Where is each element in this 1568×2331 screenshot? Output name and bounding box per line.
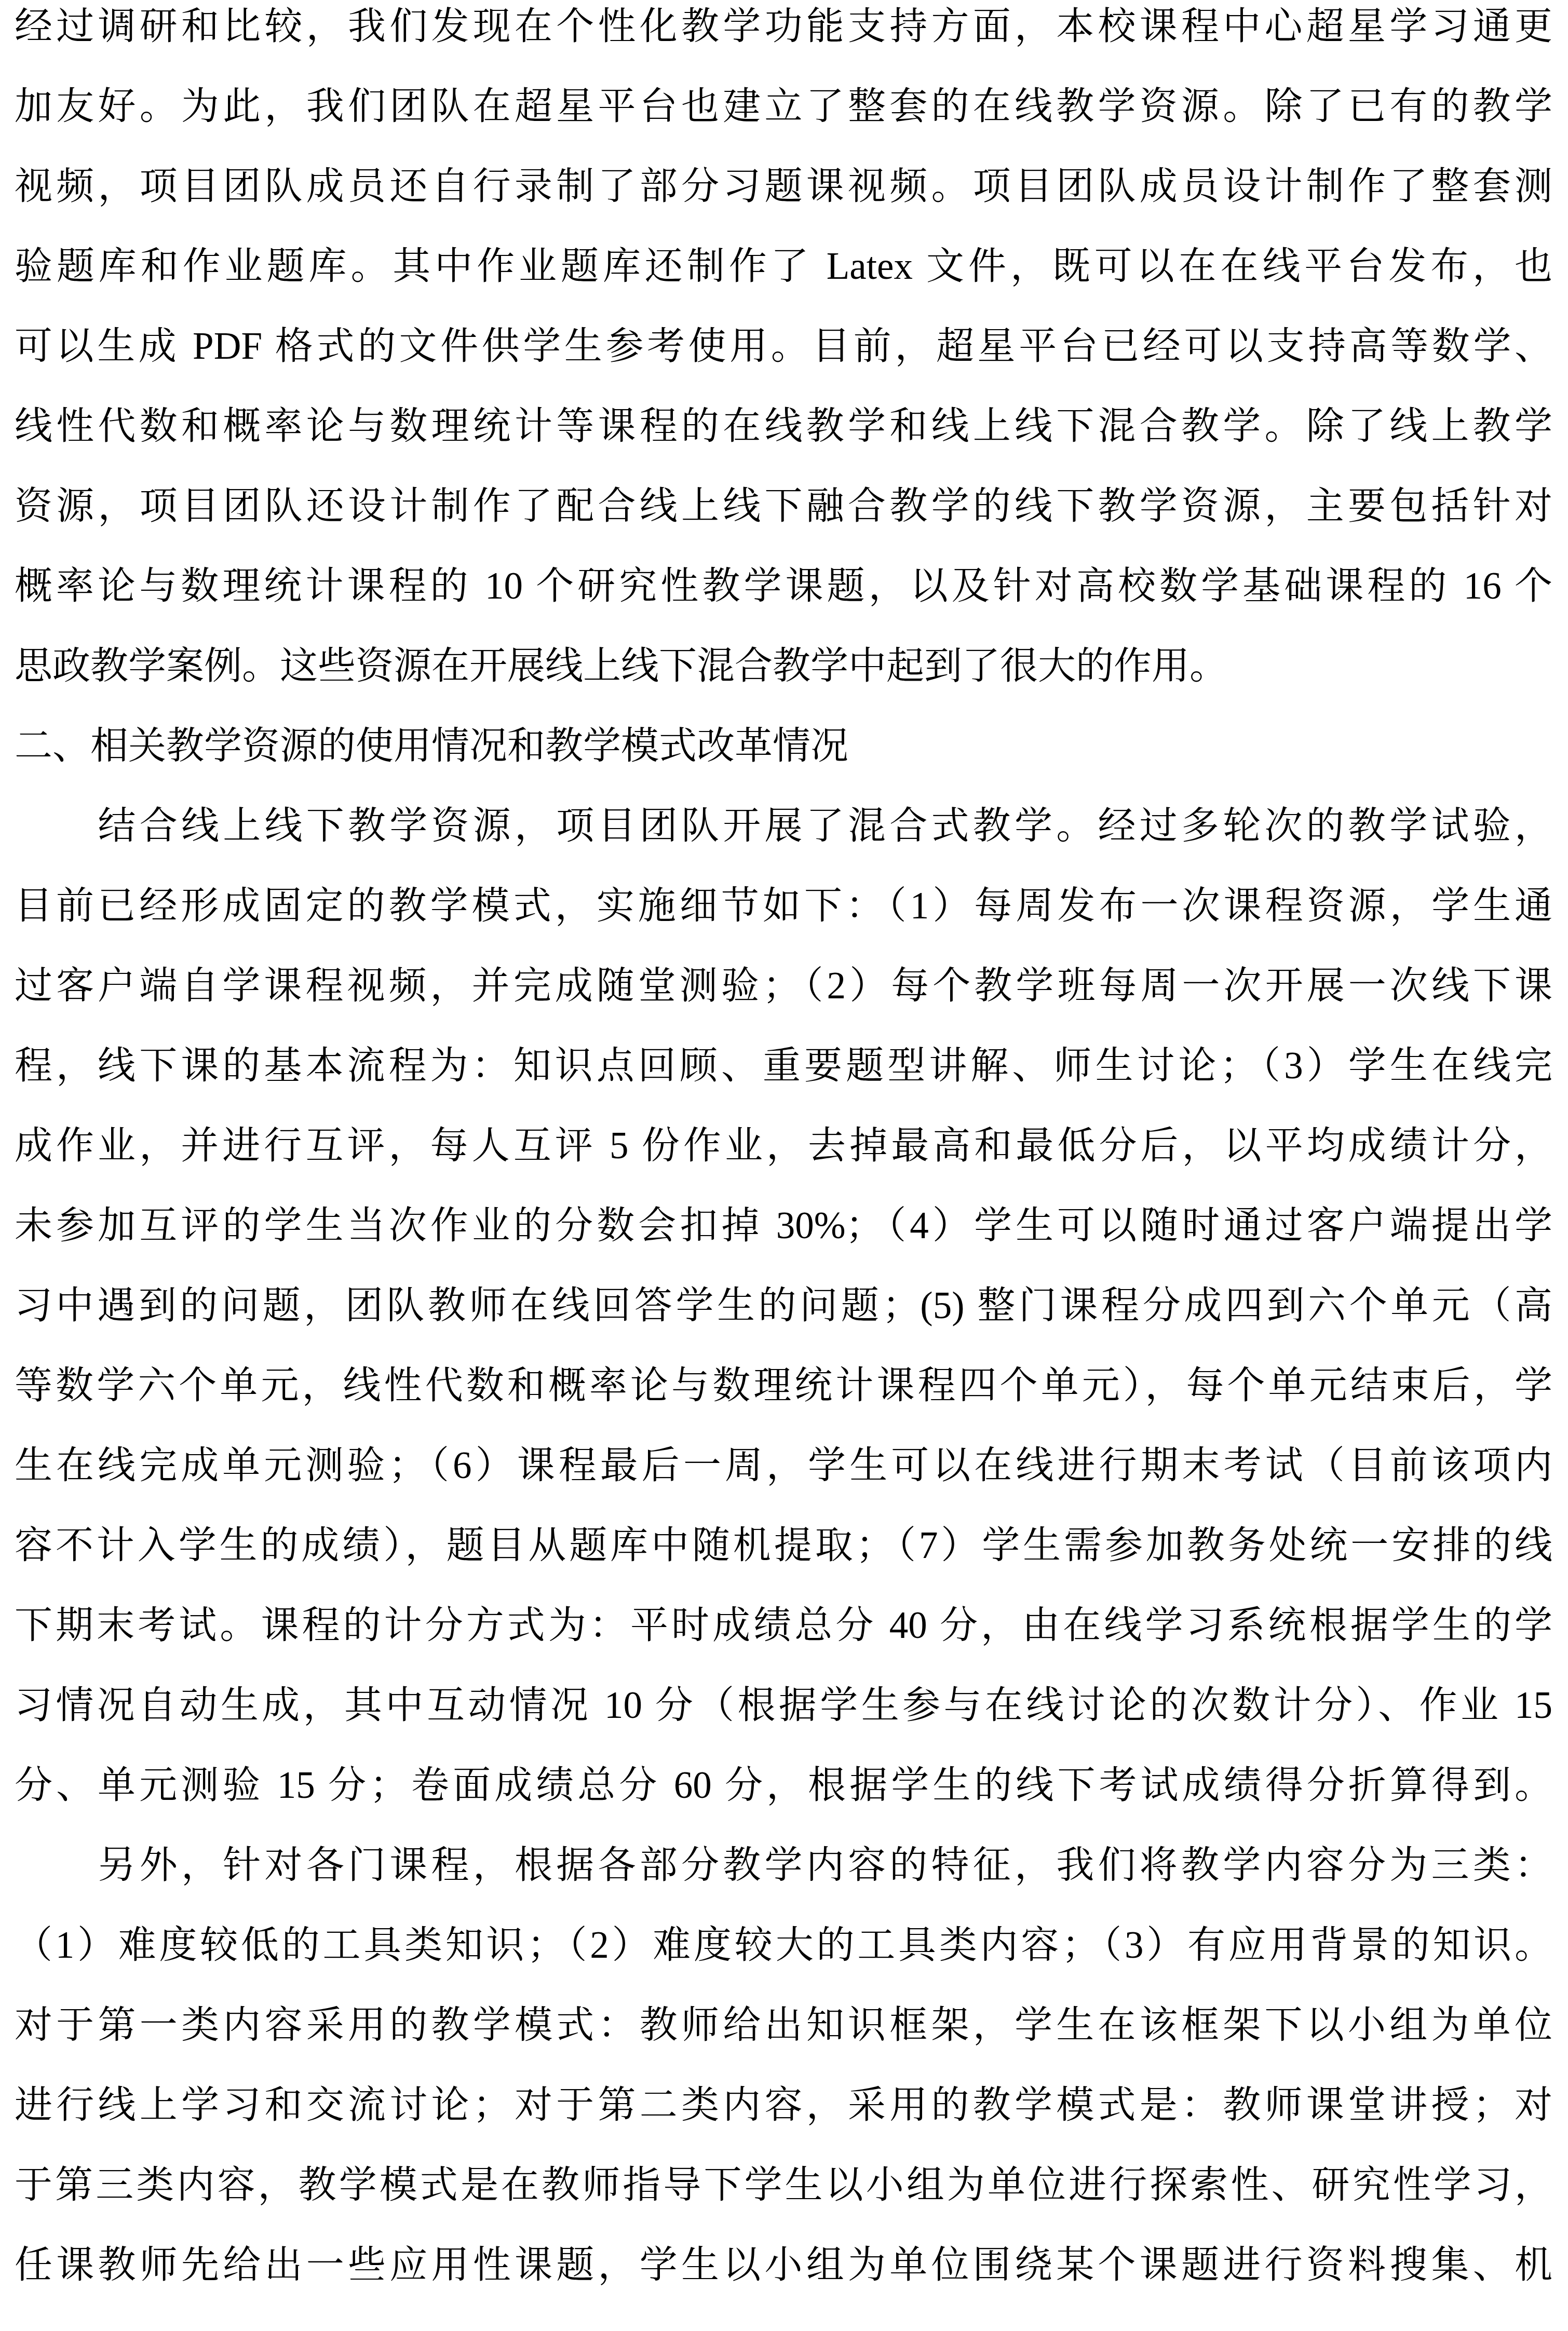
text-line: 下期末考试。课程的计分方式为：平时成绩总分 40 分，由在线学习系统根据学生的学 — [15, 1585, 1552, 1665]
text-line: 资源，项目团队还设计制作了配合线上线下融合教学的线下教学资源，主要包括针对 — [15, 466, 1552, 546]
text-line: 思政教学案例。这些资源在开展线上线下混合教学中起到了很大的作用。 — [15, 626, 1552, 706]
text-line: 目前已经形成固定的教学模式，实施细节如下：（1）每周发布一次课程资源，学生通 — [15, 866, 1552, 946]
text-line: 分、单元测验 15 分；卷面成绩总分 60 分，根据学生的线下考试成绩得分折算得… — [15, 1745, 1552, 1825]
text-line: 验题库和作业题库。其中作业题库还制作了 Latex 文件，既可以在在线平台发布，… — [15, 226, 1552, 306]
text-line: 经过调研和比较，我们发现在个性化教学功能支持方面，本校课程中心超星学习通更 — [15, 0, 1552, 66]
document-page: 经过调研和比较，我们发现在个性化教学功能支持方面，本校课程中心超星学习通更加友好… — [0, 0, 1568, 2331]
text-line: 生在线完成单元测验；（6）课程最后一周，学生可以在线进行期末考试（目前该项内 — [15, 1426, 1552, 1506]
text-line: （1）难度较低的工具类知识；（2）难度较大的工具类内容；（3）有应用背景的知识。 — [15, 1905, 1552, 1985]
text-line: 容不计入学生的成绩），题目从题库中随机提取；（7）学生需参加教务处统一安排的线 — [15, 1506, 1552, 1585]
text-line: 成作业，并进行互评，每人互评 5 份作业，去掉最高和最低分后，以平均成绩计分， — [15, 1106, 1552, 1186]
text-line: 未参加互评的学生当次作业的分数会扣掉 30%；（4）学生可以随时通过客户端提出学 — [15, 1186, 1552, 1266]
text-line: 习中遇到的问题，团队教师在线回答学生的问题；(5) 整门课程分成四到六个单元（高 — [15, 1266, 1552, 1346]
text-line: 于第三类内容，教学模式是在教师指导下学生以小组为单位进行探索性、研究性学习， — [15, 2145, 1552, 2225]
text-line: 加友好。为此，我们团队在超星平台也建立了整套的在线教学资源。除了已有的教学 — [15, 66, 1552, 146]
text-line: 过客户端自学课程视频，并完成随堂测验；（2）每个教学班每周一次开展一次线下课 — [15, 946, 1552, 1026]
text-line: 对于第一类内容采用的教学模式：教师给出知识框架，学生在该框架下以小组为单位 — [15, 1985, 1552, 2065]
section-heading: 二、相关教学资源的使用情况和教学模式改革情况 — [15, 706, 1552, 786]
text-line: 任课教师先给出一些应用性课题，学生以小组为单位围绕某个课题进行资料搜集、机 — [15, 2225, 1552, 2305]
text-line: 线性代数和概率论与数理统计等课程的在线教学和线上线下混合教学。除了线上教学 — [15, 386, 1552, 466]
text-line: 程，线下课的基本流程为：知识点回顾、重要题型讲解、师生讨论；（3）学生在线完 — [15, 1026, 1552, 1106]
text-line: 习情况自动生成，其中互动情况 10 分（根据学生参与在线讨论的次数计分）、作业 … — [15, 1665, 1552, 1745]
text-line: 结合线上线下教学资源，项目团队开展了混合式教学。经过多轮次的教学试验， — [15, 786, 1552, 866]
text-line: 视频，项目团队成员还自行录制了部分习题课视频。项目团队成员设计制作了整套测 — [15, 146, 1552, 226]
text-line: 等数学六个单元，线性代数和概率论与数理统计课程四个单元），每个单元结束后，学 — [15, 1346, 1552, 1426]
text-line: 进行线上学习和交流讨论；对于第二类内容，采用的教学模式是：教师课堂讲授；对 — [15, 2065, 1552, 2145]
text-line: 可以生成 PDF 格式的文件供学生参考使用。目前，超星平台已经可以支持高等数学、 — [15, 306, 1552, 386]
text-line: 概率论与数理统计课程的 10 个研究性教学课题，以及针对高校数学基础课程的 16… — [15, 546, 1552, 626]
body-text: 经过调研和比较，我们发现在个性化教学功能支持方面，本校课程中心超星学习通更加友好… — [15, 0, 1552, 2305]
text-line: 另外，针对各门课程，根据各部分教学内容的特征，我们将教学内容分为三类： — [15, 1825, 1552, 1905]
